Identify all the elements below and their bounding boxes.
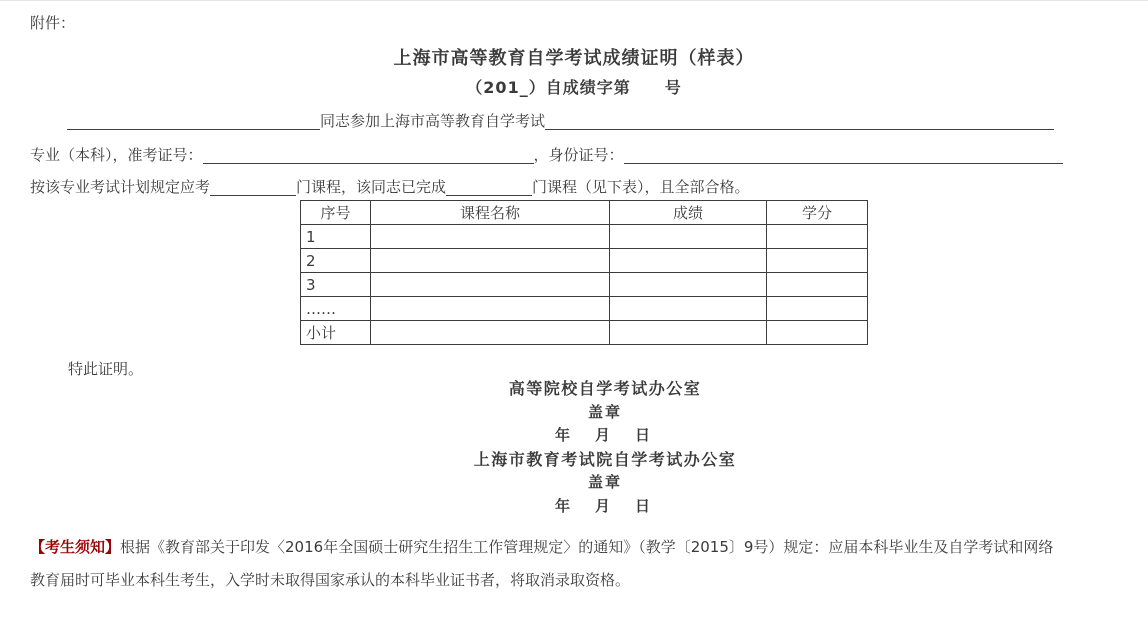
major-id-line: 专业（本科），准考证号： ，身份证号：	[0, 146, 1148, 164]
course-name-cell	[371, 225, 610, 249]
completed-courses-label: 门课程，该同志已完成	[296, 178, 446, 196]
completed-count-blank-underline	[446, 178, 532, 196]
date-line: 年 月 日	[62, 495, 1148, 519]
document-number-line: （201_）自成绩字第 号	[0, 78, 1148, 98]
intro-line-text: 同志参加上海市高等教育自学考试	[320, 112, 545, 130]
course-count-line: 按该专业考试计划规定应考 门课程，该同志已完成 门课程（见下表），且全部合格。	[0, 178, 1148, 196]
table-row: 2	[301, 249, 868, 273]
row-label-cell: ……	[301, 297, 371, 321]
header-score: 成绩	[610, 201, 767, 225]
course-name-cell	[371, 297, 610, 321]
major-admission-label: 专业（本科），准考证号：	[30, 146, 203, 164]
page-top-edge-line	[0, 0, 1148, 1]
row-label-cell: 3	[301, 273, 371, 297]
notice-line-2: 教育届时可毕业本科生考生，入学时未取得国家承认的本科毕业证书者，将取消录取资格。	[30, 564, 1122, 597]
header-course-name: 课程名称	[371, 201, 610, 225]
seal-label: 盖章	[62, 401, 1148, 425]
credit-cell	[767, 321, 868, 345]
row-label-cell: 2	[301, 249, 371, 273]
score-cell	[610, 297, 767, 321]
course-name-cell	[371, 249, 610, 273]
course-name-cell	[371, 273, 610, 297]
credit-cell	[767, 249, 868, 273]
certify-statement: 特此证明。	[68, 360, 143, 378]
document-title: 上海市高等教育自学考试成绩证明（样表）	[0, 48, 1148, 70]
course-name-cell	[371, 321, 610, 345]
course-table: 序号 课程名称 成绩 学分 1 2 3 …… 小计	[300, 200, 868, 345]
required-count-blank-underline	[210, 178, 296, 196]
id-number-label: ，身份证号：	[534, 146, 624, 164]
header-credit: 学分	[767, 201, 868, 225]
id-number-blank-underline	[624, 146, 1063, 164]
attachment-label: 附件：	[30, 14, 75, 32]
exam-blank-underline	[545, 112, 1054, 130]
credit-cell	[767, 225, 868, 249]
date-line: 年 月 日	[62, 424, 1148, 448]
office-name: 高等院校自学考试办公室	[62, 377, 1148, 401]
table-row: 小计	[301, 321, 868, 345]
table-header-row: 序号 课程名称 成绩 学分	[301, 201, 868, 225]
required-courses-label: 按该专业考试计划规定应考	[30, 178, 210, 196]
notice-prefix: 【考生须知】	[30, 538, 120, 556]
admission-number-blank-underline	[203, 146, 534, 164]
notice-line-1: 【考生须知】根据《教育部关于印发〈2016年全国硕士研究生招生工作管理规定〉的通…	[30, 531, 1122, 564]
header-index: 序号	[301, 201, 371, 225]
notice-text-line1: 根据《教育部关于印发〈2016年全国硕士研究生招生工作管理规定〉的通知》（教学〔…	[120, 538, 1053, 556]
credit-cell	[767, 297, 868, 321]
office-name: 上海市教育考试院自学考试办公室	[62, 448, 1148, 472]
all-passed-label: 门课程（见下表），且全部合格。	[532, 178, 750, 196]
score-cell	[610, 249, 767, 273]
intro-line: 同志参加上海市高等教育自学考试	[0, 112, 1148, 130]
table-row: 1	[301, 225, 868, 249]
table-row: 3	[301, 273, 868, 297]
table-row: ……	[301, 297, 868, 321]
signature-block: 高等院校自学考试办公室 盖章 年 月 日 上海市教育考试院自学考试办公室 盖章 …	[0, 377, 1148, 518]
score-cell	[610, 321, 767, 345]
seal-label: 盖章	[62, 471, 1148, 495]
row-label-cell: 1	[301, 225, 371, 249]
row-label-cell: 小计	[301, 321, 371, 345]
score-cell	[610, 225, 767, 249]
credit-cell	[767, 273, 868, 297]
score-cell	[610, 273, 767, 297]
candidate-notice: 【考生须知】根据《教育部关于印发〈2016年全国硕士研究生招生工作管理规定〉的通…	[30, 531, 1122, 597]
name-blank-underline	[67, 112, 320, 130]
